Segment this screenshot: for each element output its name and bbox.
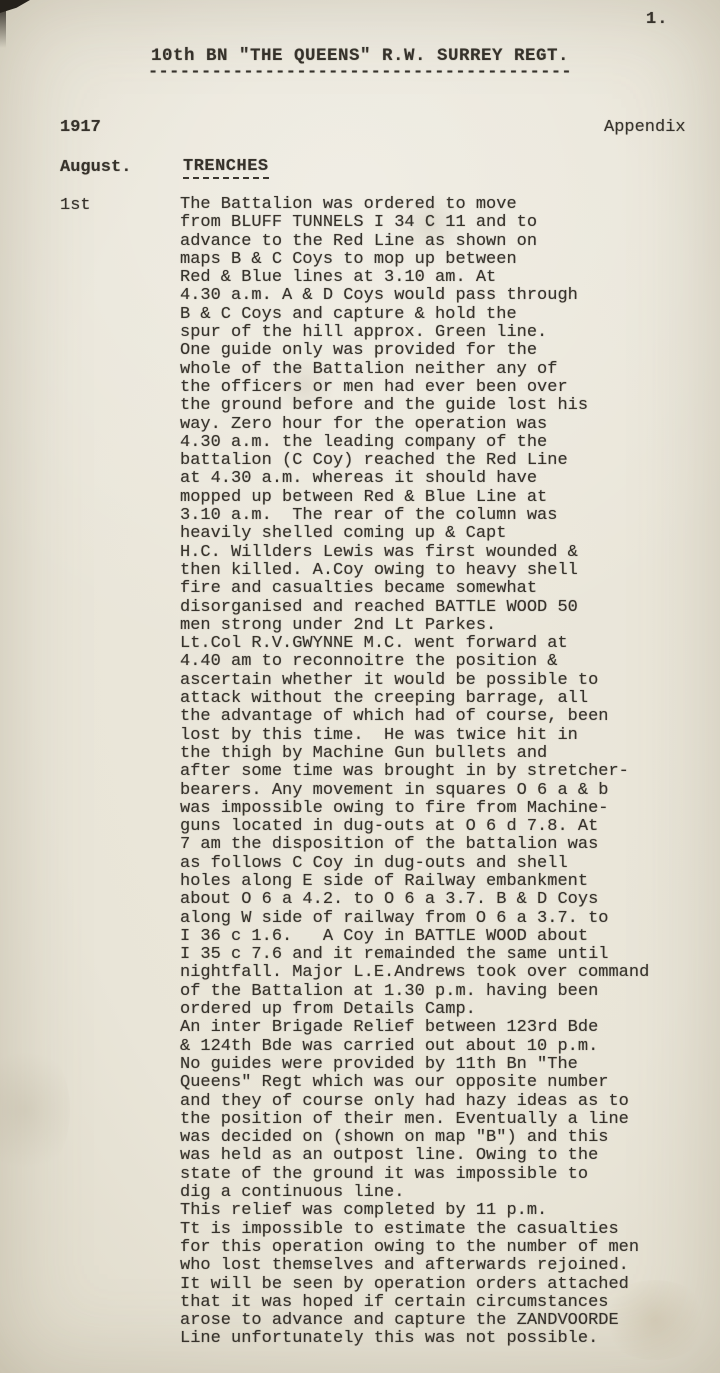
text-line: mopped up between Red & Blue Line at [180, 489, 680, 507]
text-line: way. Zero hour for the operation was [180, 416, 680, 434]
text-line: that it was hoped if certain circumstanc… [180, 1294, 680, 1312]
text-line: who lost themselves and afterwards rejoi… [180, 1257, 680, 1275]
day-label: 1st [60, 196, 91, 215]
text-line: Queens" Regt which was our opposite numb… [180, 1074, 680, 1092]
text-line: at 4.30 a.m. whereas it should have [180, 470, 680, 488]
text-line: the advantage of which had of course, be… [180, 708, 680, 726]
text-line: 4.30 a.m. A & D Coys would pass through [180, 287, 680, 305]
text-line: It will be seen by operation orders atta… [180, 1276, 680, 1294]
text-line: nightfall. Major L.E.Andrews took over c… [180, 964, 680, 982]
text-line: maps B & C Coys to mop up between [180, 251, 680, 269]
text-line: was held as an outpost line. Owing to th… [180, 1147, 680, 1165]
text-line: spur of the hill approx. Green line. [180, 324, 680, 342]
text-line: then killed. A.Coy owing to heavy shell [180, 562, 680, 580]
text-line: the officers or men had ever been over [180, 379, 680, 397]
text-line: 3.10 a.m. The rear of the column was [180, 507, 680, 525]
paper-stain [0, 1040, 70, 1180]
body-text: The Battalion was ordered to movefrom BL… [180, 196, 680, 1349]
text-line: holes along E side of Railway embankment [180, 873, 680, 891]
text-line: This relief was completed by 11 p.m. [180, 1202, 680, 1220]
text-line: heavily shelled coming up & Capt [180, 525, 680, 543]
text-line: dig a continuous line. [180, 1184, 680, 1202]
text-line: advance to the Red Line as shown on [180, 233, 680, 251]
year-label: 1917 [60, 118, 101, 137]
text-line: arose to advance and capture the ZANDVOO… [180, 1312, 680, 1330]
text-line: bearers. Any movement in squares O 6 a &… [180, 782, 680, 800]
text-line: Lt.Col R.V.GWYNNE M.C. went forward at [180, 635, 680, 653]
text-line: for this operation owing to the number o… [180, 1239, 680, 1257]
text-line: ascertain whether it would be possible t… [180, 672, 680, 690]
text-line: guns located in dug-outs at O 6 d 7.8. A… [180, 818, 680, 836]
text-line: the position of their men. Eventually a … [180, 1111, 680, 1129]
text-line: 4.30 a.m. the leading company of the [180, 434, 680, 452]
text-line: Line unfortunately this was not possible… [180, 1330, 680, 1348]
text-line: after some time was brought in by stretc… [180, 763, 680, 781]
text-line: H.C. Willders Lewis was first wounded & [180, 544, 680, 562]
section-heading: TRENCHES [183, 157, 269, 179]
text-line: as follows C Coy in dug-outs and shell [180, 855, 680, 873]
text-line: along W side of railway from O 6 a 3.7. … [180, 910, 680, 928]
text-line: and they of course only had hazy ideas a… [180, 1093, 680, 1111]
text-line: ordered up from Details Camp. [180, 1001, 680, 1019]
text-line: lost by this time. He was twice hit in [180, 727, 680, 745]
text-line: whole of the Battalion neither any of [180, 361, 680, 379]
text-line: was decided on (shown on map "B") and th… [180, 1129, 680, 1147]
month-label: August. [60, 158, 131, 177]
text-line: attack without the creeping barrage, all [180, 690, 680, 708]
text-line: the ground before and the guide lost his [180, 397, 680, 415]
text-line: Red & Blue lines at 3.10 am. At [180, 269, 680, 287]
text-line: the thigh by Machine Gun bullets and [180, 745, 680, 763]
text-line: from BLUFF TUNNELS I 34 C 11 and to [180, 214, 680, 232]
text-line: state of the ground it was impossible to [180, 1166, 680, 1184]
text-line: was impossible owing to fire from Machin… [180, 800, 680, 818]
text-line: Tt is impossible to estimate the casualt… [180, 1221, 680, 1239]
text-line: 7 am the disposition of the battalion wa… [180, 836, 680, 854]
text-line: I 35 c 7.6 and it remainded the same unt… [180, 946, 680, 964]
scan-edge-mark [0, 0, 6, 48]
text-line: disorganised and reached BATTLE WOOD 50 [180, 599, 680, 617]
text-line: & 124th Bde was carried out about 10 p.m… [180, 1038, 680, 1056]
text-line: of the Battalion at 1.30 p.m. having bee… [180, 983, 680, 1001]
text-line: 4.40 am to reconnoitre the position & [180, 653, 680, 671]
document-page: 1. 10th BN "THE QUEENS" R.W. SURREY REGT… [0, 0, 720, 1373]
text-line: about O 6 a 4.2. to O 6 a 3.7. B & D Coy… [180, 891, 680, 909]
text-line: The Battalion was ordered to move [180, 196, 680, 214]
text-line: men strong under 2nd Lt Parkes. [180, 617, 680, 635]
appendix-label: Appendix [604, 118, 686, 137]
title-underline: ---------------------------------------- [0, 63, 720, 82]
text-line: battalion (C Coy) reached the Red Line [180, 452, 680, 470]
text-line: An inter Brigade Relief between 123rd Bd… [180, 1019, 680, 1037]
text-line: B & C Coys and capture & hold the [180, 306, 680, 324]
text-line: No guides were provided by 11th Bn "The [180, 1056, 680, 1074]
text-line: fire and casualties became somewhat [180, 580, 680, 598]
text-line: One guide only was provided for the [180, 342, 680, 360]
text-line: I 36 c 1.6. A Coy in BATTLE WOOD about [180, 928, 680, 946]
page-number: 1. [646, 10, 668, 29]
